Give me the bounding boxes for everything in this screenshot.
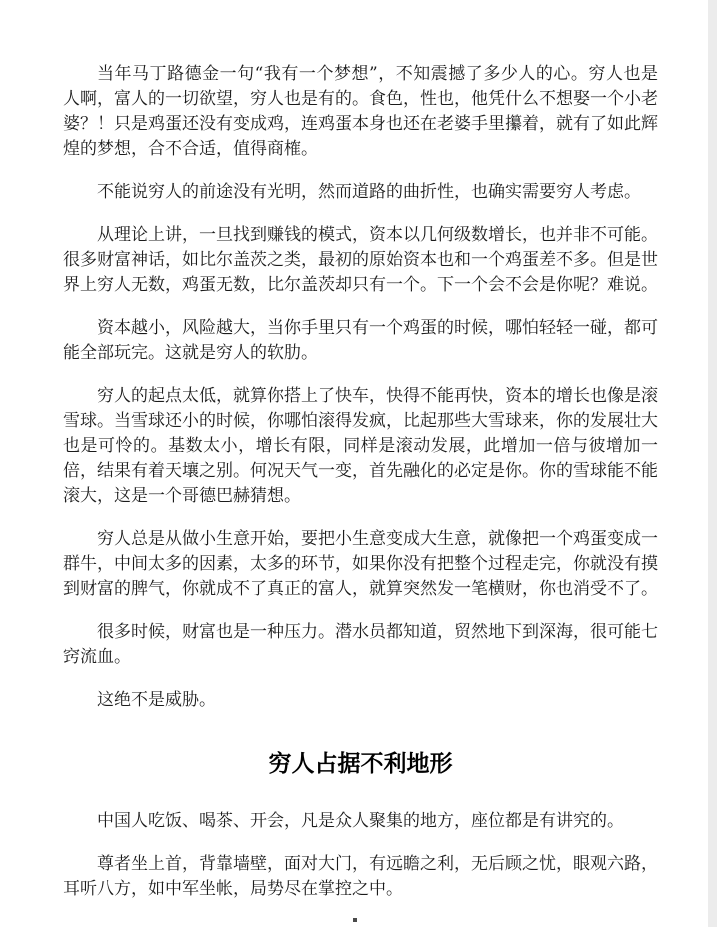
paragraph: 当年马丁路德金一句“我有一个梦想”，不知震撼了多少人的心。穷人也是人啊，富人的一… [63, 62, 658, 162]
paragraph: 这绝不是威胁。 [63, 688, 658, 713]
paragraph: 尊者坐上首，背靠墙壁，面对大门，有远瞻之利，无后顾之忧，眼观六路，耳听八方，如中… [63, 852, 658, 902]
book-page: 当年马丁路德金一句“我有一个梦想”，不知震撼了多少人的心。穷人也是人啊，富人的一… [0, 0, 717, 927]
paragraph: 资本越小，风险越大，当你手里只有一个鸡蛋的时候，哪怕轻轻一碰，都可能全部玩完。这… [63, 316, 658, 366]
paragraph: 不能说穷人的前途没有光明，然而道路的曲折性，也确实需要穷人考虑。 [63, 180, 658, 205]
page-number-partial [353, 918, 357, 922]
scrollbar-track[interactable] [708, 0, 717, 927]
section-heading: 穷人占据不利地形 [63, 749, 658, 779]
page-content: 当年马丁路德金一句“我有一个梦想”，不知震撼了多少人的心。穷人也是人啊，富人的一… [63, 62, 658, 920]
paragraph: 中国人吃饭、喝茶、开会，凡是众人聚集的地方，座位都是有讲究的。 [63, 809, 658, 834]
paragraph: 很多时候，财富也是一种压力。潜水员都知道，贸然地下到深海，很可能七窍流血。 [63, 620, 658, 670]
paragraph: 穷人总是从做小生意开始，要把小生意变成大生意，就像把一个鸡蛋变成一群牛，中间太多… [63, 527, 658, 602]
paragraph: 穷人的起点太低，就算你搭上了快车，快得不能再快，资本的增长也像是滚雪球。当雪球还… [63, 384, 658, 509]
paragraph: 从理论上讲，一旦找到赚钱的模式，资本以几何级数增长，也并非不可能。很多财富神话，… [63, 223, 658, 298]
